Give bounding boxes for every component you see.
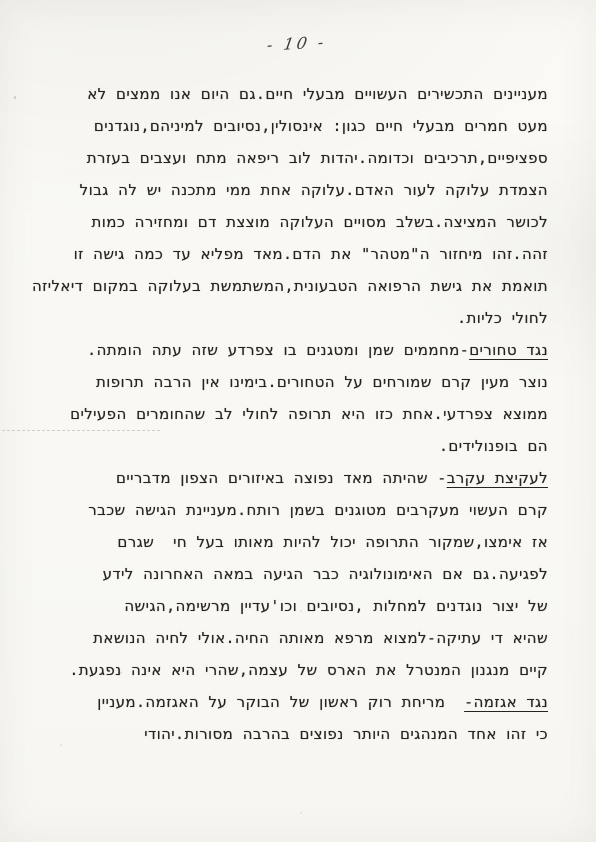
line-text: - שהיתה מאד נפוצה באיזורים הצפון מדבריים	[116, 469, 447, 487]
scan-speck	[60, 744, 62, 746]
scan-speck	[300, 610, 302, 612]
line-text: הם בופנולידים.	[439, 437, 548, 455]
section-heading: לעקיצת עקרב	[447, 469, 548, 487]
text-line: זהה.זהו מיחזור ה"מטהר" את הדם.מאד מפליא …	[46, 238, 548, 270]
text-line: נוצר מעין קרם שמורחים על הטחורים.בימינו …	[46, 366, 548, 398]
line-text: לכושר המציצה.בשלב מסויים העלוקה מוצצת דם…	[92, 213, 548, 231]
line-text: לפגיעה.גם אם האימונולוגיה כבר הגיעה במאה…	[103, 565, 548, 583]
text-line: הם בופנולידים.	[46, 430, 548, 462]
text-line: ספציפיים,תרכיבים וכדומה.יהדות לוב ריפאה …	[46, 142, 548, 174]
scan-speck	[300, 812, 302, 814]
section-heading: נגד אגזמה-	[464, 693, 548, 711]
line-text: קיים מנגנון המנטרל את הארס של עצמה,שהרי …	[69, 661, 548, 679]
text-line-with-section-heading: נגד אגזמה- מריחת רוק ראשון של הבוקר על ה…	[46, 686, 548, 718]
scan-artifact-dashes	[2, 430, 160, 431]
text-line: קרם העשוי מעקרבים מטוגנים בשמן רותח.מעני…	[46, 494, 548, 526]
body-text: מעניינים התכשירים העשויים מבעלי חיים.גם …	[46, 78, 548, 750]
line-text: אז אימצו,שמקור התרופה יכול להיות מאותו ב…	[117, 533, 548, 551]
text-line-with-section-heading: לעקיצת עקרב- שהיתה מאד נפוצה באיזורים הצ…	[46, 462, 548, 494]
text-line: מעניינים התכשירים העשויים מבעלי חיים.גם …	[46, 78, 548, 110]
line-text: ספציפיים,תרכיבים וכדומה.יהדות לוב ריפאה …	[87, 149, 548, 167]
line-text: מעט חמרים מבעלי חיים כגון: אינסולין,נסיו…	[94, 117, 548, 135]
text-line: הצמדת עלוקה לעור האדם.עלוקה אחת ממי מתכנ…	[46, 174, 548, 206]
line-text: שהיא די עתיקה-למצוא מרפא מאותה החיה.אולי…	[93, 629, 548, 647]
text-line: לכושר המציצה.בשלב מסויים העלוקה מוצצת דם…	[46, 206, 548, 238]
text-line-with-section-heading: נגד טחורים-מחממים שמן ומטגנים בו צפרדע ש…	[46, 334, 548, 366]
line-text: הצמדת עלוקה לעור האדם.עלוקה אחת ממי מתכנ…	[80, 181, 548, 199]
text-line: לחולי כליות.	[46, 302, 548, 334]
line-text: ממוצא צפרדעי.אחת כזו היא תרופה לחולי לב …	[70, 405, 548, 423]
line-text: -מחממים שמן ומטגנים בו צפרדע שזה עתה הומ…	[87, 341, 469, 359]
line-text: נוצר מעין קרם שמורחים על הטחורים.בימינו …	[96, 373, 548, 391]
text-line: אז אימצו,שמקור התרופה יכול להיות מאותו ב…	[46, 526, 548, 558]
line-text: כי זהו אחד המנהגים היותר נפוצים בהרבה מס…	[144, 725, 548, 743]
text-line: קיים מנגנון המנטרל את הארס של עצמה,שהרי …	[46, 654, 548, 686]
text-line: ממוצא צפרדעי.אחת כזו היא תרופה לחולי לב …	[46, 398, 548, 430]
text-line: של יצור נוגדנים למחלות ,נסיובים וכו'עדיי…	[46, 590, 548, 622]
text-line: מעט חמרים מבעלי חיים כגון: אינסולין,נסיו…	[46, 110, 548, 142]
scan-speck	[14, 96, 16, 99]
line-text: מריחת רוק ראשון של הבוקר על האגזמה.מעניי…	[97, 693, 464, 711]
line-text: תואמת את גישת הרפואה הטבעונית,המשתמשת בע…	[32, 277, 548, 295]
text-line: שהיא די עתיקה-למצוא מרפא מאותה החיה.אולי…	[46, 622, 548, 654]
line-text: מעניינים התכשירים העשויים מבעלי חיים.גם …	[87, 85, 548, 103]
line-text: זהה.זהו מיחזור ה"מטהר" את הדם.מאד מפליא …	[74, 245, 548, 263]
line-text: קרם העשוי מעקרבים מטוגנים בשמן רותח.מעני…	[88, 501, 548, 519]
page-number: - 10 -	[266, 32, 328, 54]
line-text: של יצור נוגדנים למחלות ,נסיובים וכו'עדיי…	[124, 597, 548, 615]
section-heading: נגד טחורים	[469, 341, 548, 359]
line-text: לחולי כליות.	[457, 309, 548, 327]
text-line: לפגיעה.גם אם האימונולוגיה כבר הגיעה במאה…	[46, 558, 548, 590]
scan-speck	[120, 672, 122, 674]
text-line: תואמת את גישת הרפואה הטבעונית,המשתמשת בע…	[46, 270, 548, 302]
scanned-document-page: - 10 - מעניינים התכשירים העשויים מבעלי ח…	[0, 0, 596, 842]
text-line: כי זהו אחד המנהגים היותר נפוצים בהרבה מס…	[46, 718, 548, 750]
